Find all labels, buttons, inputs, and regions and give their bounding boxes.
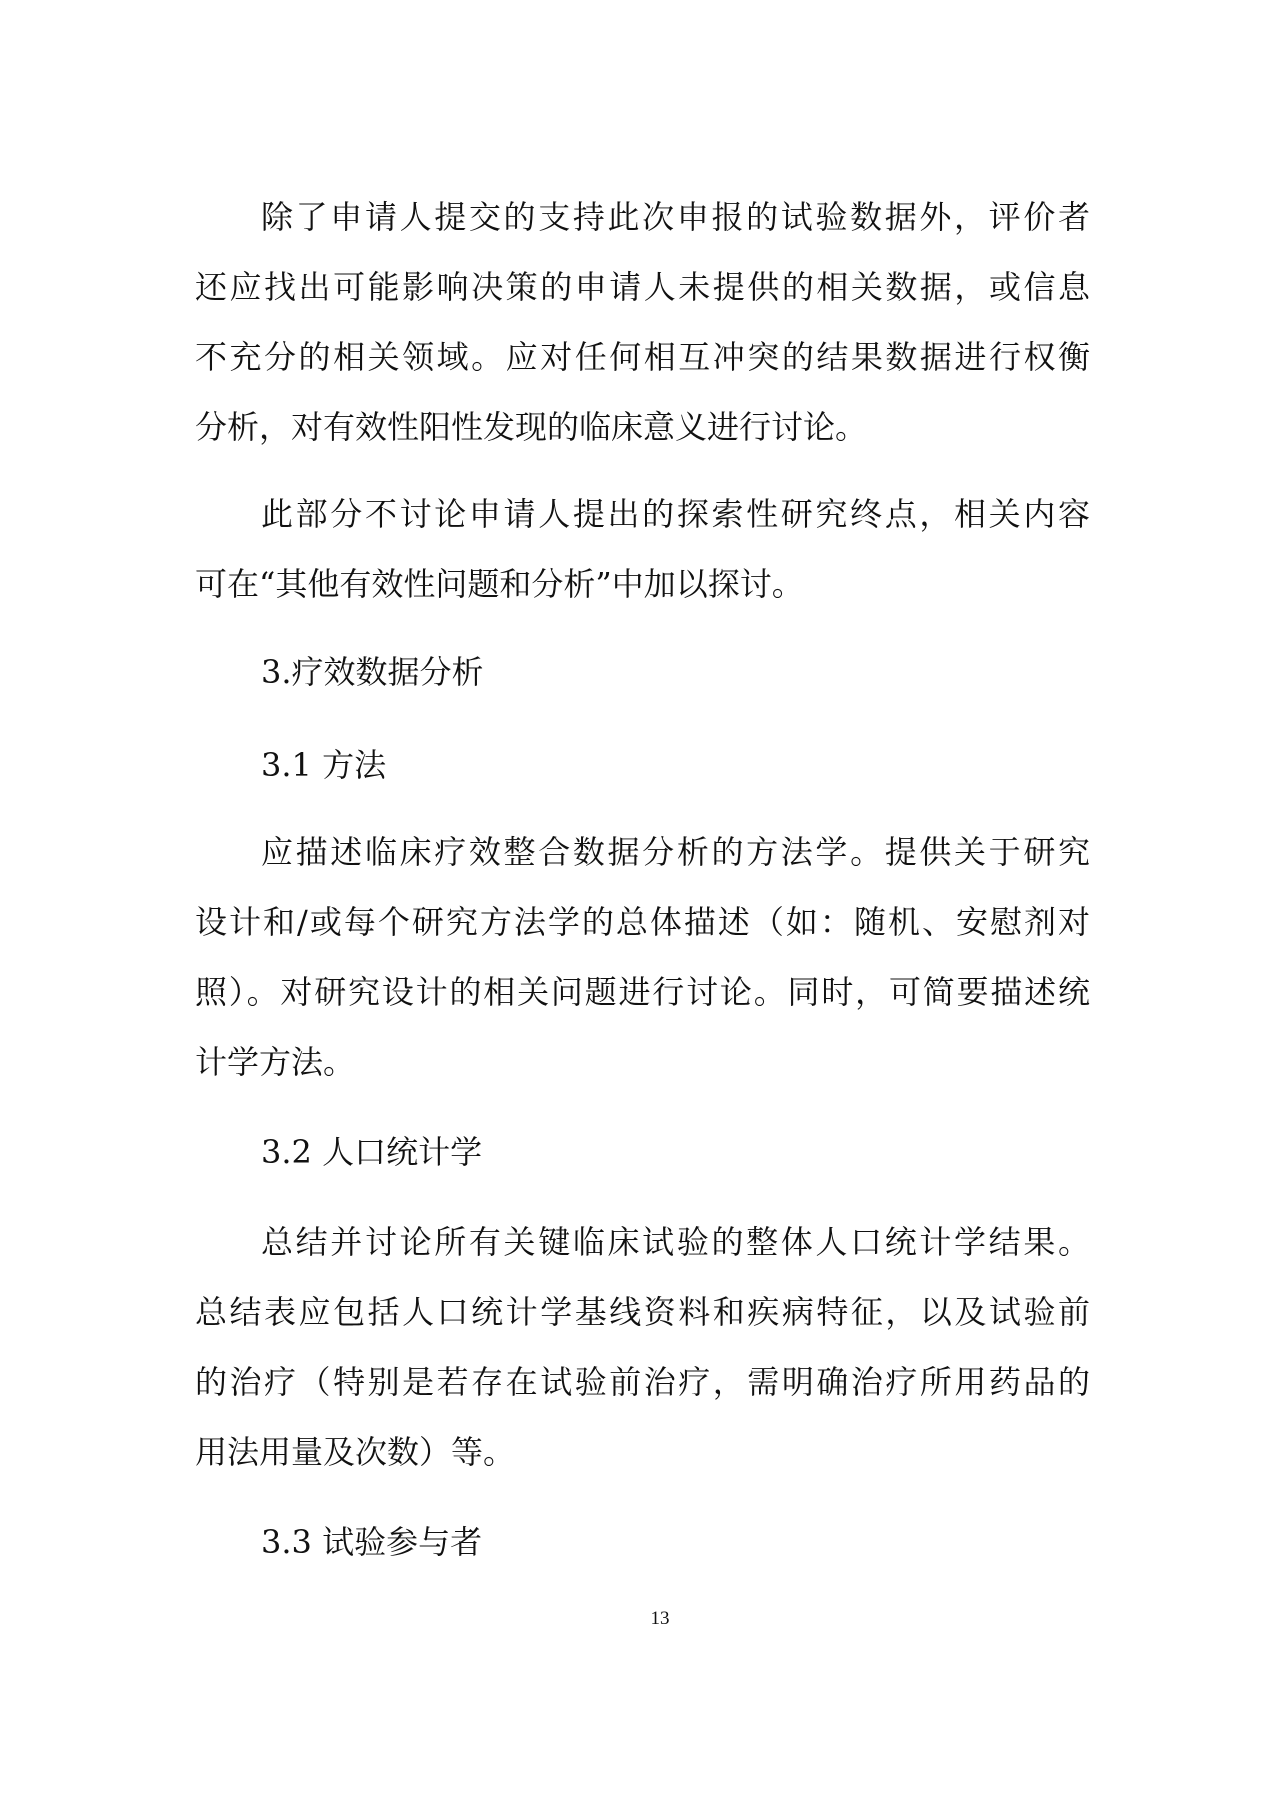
section-heading-trial-participants: 3.3 试验参与者 xyxy=(195,1507,1156,1577)
section-heading-demographics: 3.2 人口统计学 xyxy=(195,1117,1156,1187)
text-line: 的治疗（特别是若存在试验前治疗，需明确治疗所用药品的 xyxy=(195,1347,1090,1417)
text-line: 还应找出可能影响决策的申请人未提供的相关数据，或信息 xyxy=(195,252,1090,322)
section-heading-methods: 3.1 方法 xyxy=(195,730,1156,800)
paragraph-demographics: 总结并讨论所有关键临床试验的整体人口统计学结果。 总结表应包括人口统计学基线资料… xyxy=(195,1207,1090,1487)
page-number: 13 xyxy=(0,1608,1280,1630)
paragraph-exploratory-endpoints: 此部分不讨论申请人提出的探索性研究终点，相关内容 可在“其他有效性问题和分析”中… xyxy=(195,479,1090,619)
document-page: 除了申请人提交的支持此次申报的试验数据外，评价者 还应找出可能影响决策的申请人未… xyxy=(0,0,1280,1810)
text-line: 此部分不讨论申请人提出的探索性研究终点，相关内容 xyxy=(195,479,1090,549)
text-line: 总结并讨论所有关键临床试验的整体人口统计学结果。 xyxy=(195,1207,1090,1277)
section-heading-efficacy-analysis: 3.疗效数据分析 xyxy=(195,637,1156,707)
paragraph-methods: 应描述临床疗效整合数据分析的方法学。提供关于研究 设计和/或每个研究方法学的总体… xyxy=(195,817,1090,1097)
text-line: 照）。对研究设计的相关问题进行讨论。同时，可简要描述统 xyxy=(195,957,1090,1027)
text-line: 用法用量及次数）等。 xyxy=(195,1417,1090,1487)
text-line: 应描述临床疗效整合数据分析的方法学。提供关于研究 xyxy=(195,817,1090,887)
text-line: 可在“其他有效性问题和分析”中加以探讨。 xyxy=(195,549,1090,619)
text-line: 总结表应包括人口统计学基线资料和疾病特征，以及试验前 xyxy=(195,1277,1090,1347)
text-line: 不充分的相关领域。应对任何相互冲突的结果数据进行权衡 xyxy=(195,322,1090,392)
text-line: 设计和/或每个研究方法学的总体描述（如：随机、安慰剂对 xyxy=(195,887,1090,957)
text-line: 除了申请人提交的支持此次申报的试验数据外，评价者 xyxy=(195,182,1090,252)
paragraph-applicant-data: 除了申请人提交的支持此次申报的试验数据外，评价者 还应找出可能影响决策的申请人未… xyxy=(195,182,1090,462)
text-line: 计学方法。 xyxy=(195,1027,1090,1097)
text-line: 分析，对有效性阳性发现的临床意义进行讨论。 xyxy=(195,392,1090,462)
